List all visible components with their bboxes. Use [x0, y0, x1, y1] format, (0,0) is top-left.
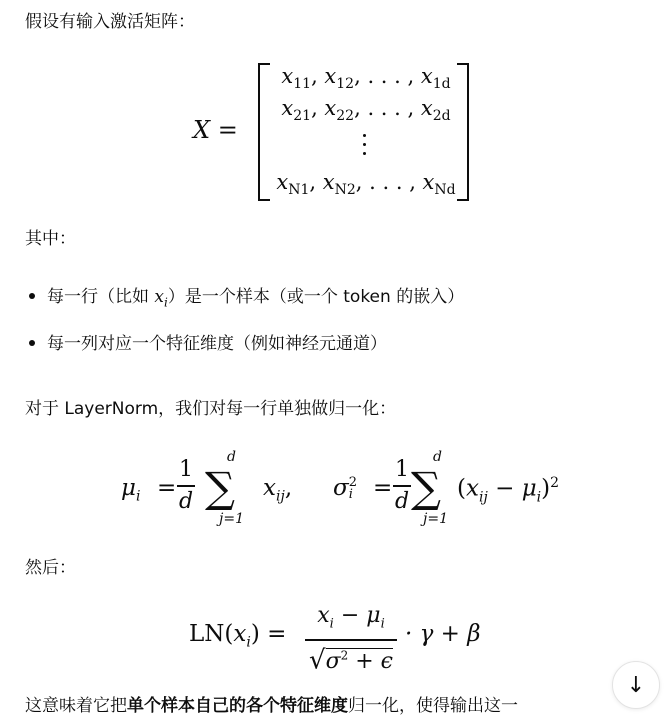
mean-term: xij, [263, 475, 292, 505]
bold-emphasis: 单个样本自己的各个特征维度 [127, 696, 348, 716]
bullet-icon [29, 293, 35, 299]
matrix-row-1: x11, x12, . . . , x1d [266, 64, 466, 92]
variance-lhs: σ2i [333, 475, 357, 501]
ln-lhs: LN(xi) = [189, 621, 286, 651]
fraction: 1d [177, 457, 195, 515]
arrow-down-icon: ↓ [627, 673, 645, 698]
summation-icon: ∑ [205, 467, 235, 509]
equals-sign: = [373, 475, 392, 501]
intro-text: 假设有输入激活矩阵： [25, 10, 195, 34]
list-item: 每一行（比如 xi）是一个样本（或一个 token 的嵌入） [25, 285, 464, 314]
matrix-row-n: xN1, xN2, . . . , xNd [266, 170, 466, 198]
ln-fraction: xi − μi √σ2 + ϵ [305, 603, 397, 675]
sum-lower: j=1 [219, 511, 244, 527]
list-item: 每一列对应一个特征维度（例如神经元通道） [25, 332, 387, 356]
scroll-to-bottom-button[interactable]: ↓ [612, 661, 660, 709]
summation-icon: ∑ [411, 467, 441, 509]
right-bracket [457, 63, 469, 201]
bullet-icon [29, 340, 35, 346]
sum-lower: j=1 [423, 511, 448, 527]
variance-term: (xij − μi)2 [457, 475, 559, 505]
vertical-dots-icon [363, 134, 367, 161]
sqrt-content: σ2 + ϵ [326, 648, 393, 674]
then-label: 然后： [25, 556, 76, 580]
equals-sign: = [157, 475, 176, 501]
matrix-row-2: x21, x22, . . . , x2d [266, 96, 466, 124]
mean-lhs: μi [121, 475, 140, 505]
fraction: 1d [393, 457, 411, 515]
matrix-lhs: X = [193, 116, 238, 144]
conclusion-text: 这意味着它把单个样本自己的各个特征维度归一化，使得输出这一 [25, 694, 518, 718]
where-label: 其中： [25, 227, 76, 251]
layernorm-intro: 对于 LayerNorm，我们对每一行单独做归一化： [25, 397, 396, 421]
ln-tail: · γ + β [405, 621, 481, 647]
